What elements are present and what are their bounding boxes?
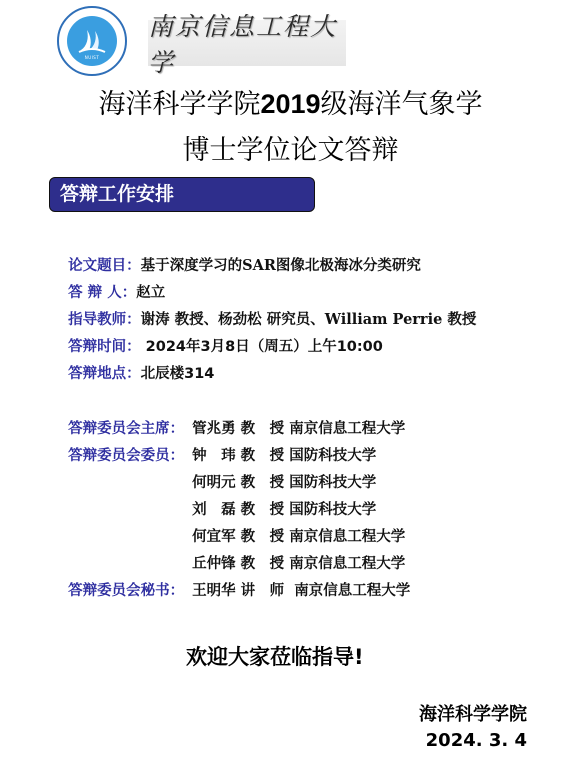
committee-label: 答辩委员会委员：	[68, 448, 184, 464]
detail-value: 基于深度学习的SAR图像北极海冰分类研究	[141, 257, 421, 274]
wave-emblem-icon: NUIST	[67, 16, 117, 66]
page-title-line1: 海洋科学学院2019级海洋气象学	[0, 82, 581, 121]
member-affiliation: 南京信息工程大学	[294, 583, 410, 599]
welcome-message: 欢迎大家莅临指导!	[186, 641, 364, 671]
committee-members-row: 答辩委员会委员：	[58, 428, 184, 465]
title-suffix: 级海洋气象学	[321, 89, 483, 120]
school-logo: NUIST	[57, 6, 127, 76]
notice-date: 2024. 3. 4	[426, 730, 527, 751]
wave-icon	[75, 24, 109, 58]
organizer-name: 海洋科学学院	[419, 700, 527, 726]
section-heading: 答辩工作安排	[49, 177, 315, 212]
detail-location: 答辩地点：北辰楼314	[58, 346, 214, 383]
title-prefix: 海洋科学学院	[98, 89, 260, 120]
committee-secretary-row: 答辩委员会秘书：	[58, 563, 184, 600]
committee-secretary: 王明华 讲 师 南京信息工程大学	[182, 563, 410, 600]
detail-label: 答辩地点：	[68, 366, 141, 382]
member-name: 王明华	[192, 583, 236, 599]
detail-value: 北辰楼314	[141, 366, 215, 382]
university-calligraphy-logo: 南京信息工程大学	[148, 20, 346, 66]
logo-abbr: NUIST	[67, 55, 117, 60]
member-title: 讲 师	[241, 583, 285, 599]
page-title-line2: 博士学位论文答辩	[0, 128, 581, 167]
committee-label: 答辩委员会秘书：	[68, 583, 184, 599]
title-year: 2019	[260, 89, 320, 119]
